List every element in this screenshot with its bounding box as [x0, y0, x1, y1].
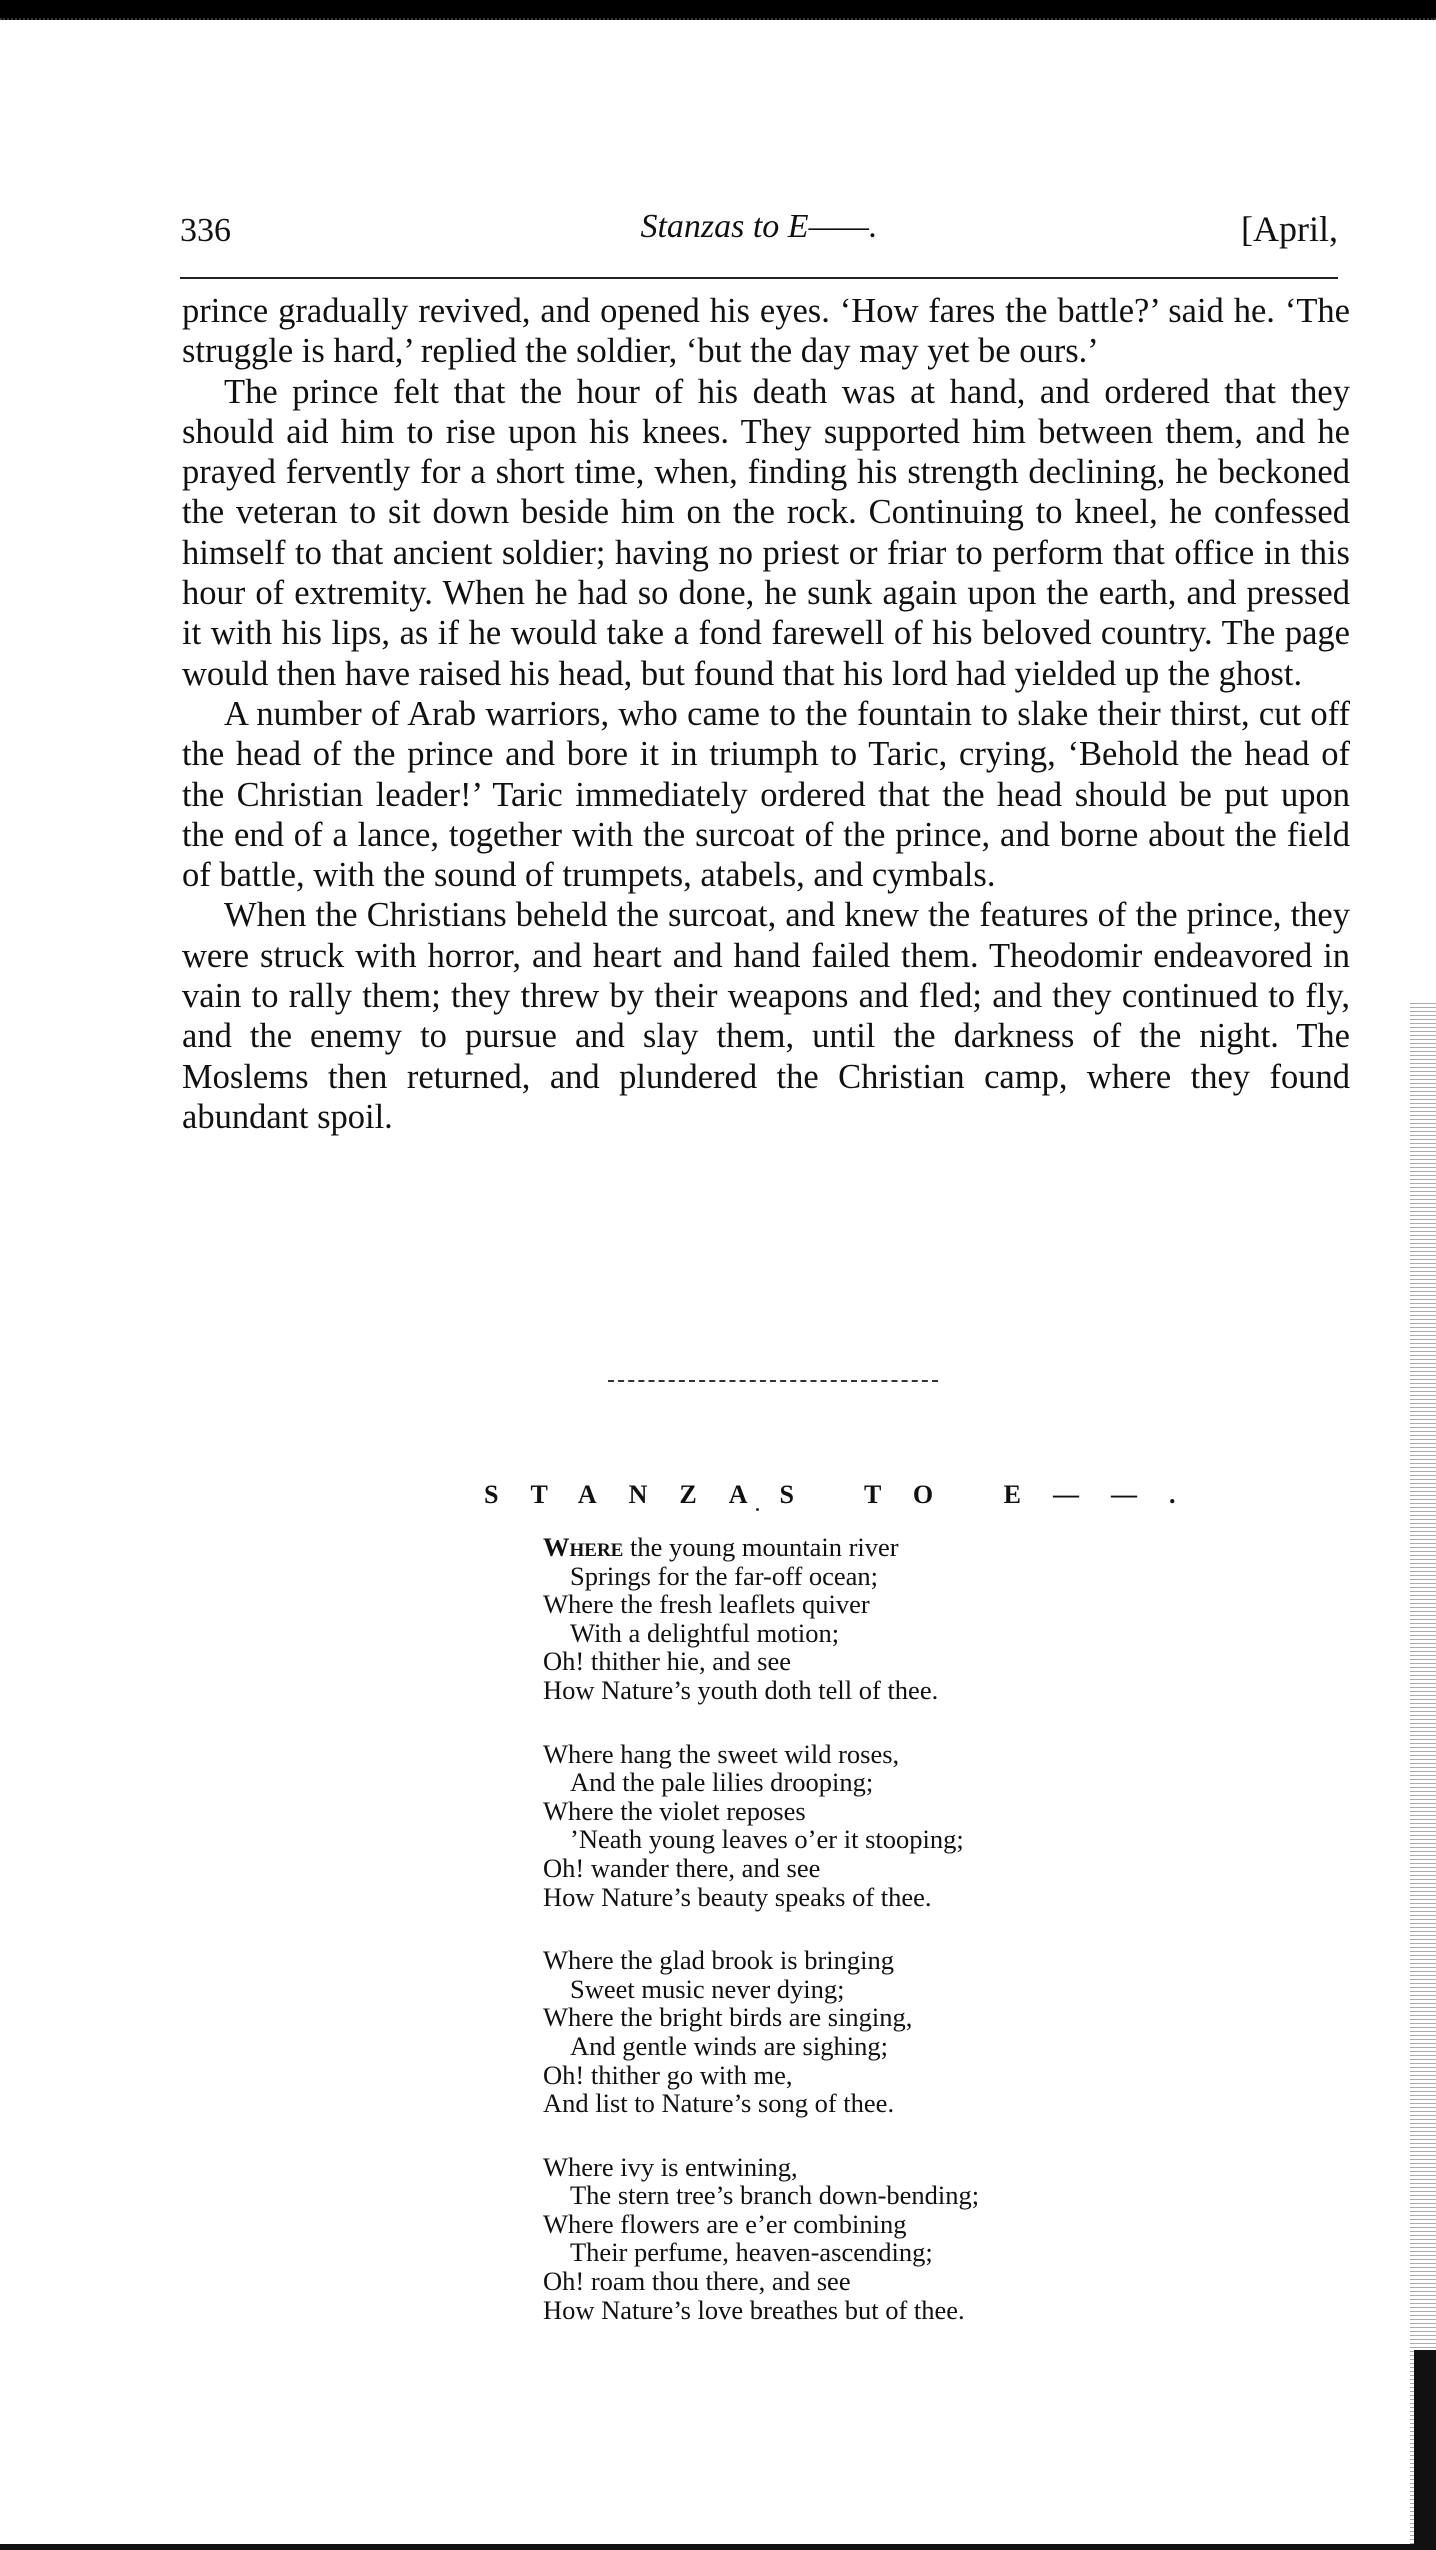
poem-line: Oh! roam thou there, and see	[543, 2267, 1143, 2296]
scan-edge-right	[1410, 1000, 1436, 2550]
running-head: 336 Stanzas to E——. [April,	[180, 208, 1338, 268]
poem: Where the young mountain river Springs f…	[543, 1533, 1143, 2359]
scan-edge-bottom	[0, 2544, 1436, 2550]
running-date: [April,	[1241, 208, 1338, 250]
paragraph: A number of Arab warriors, who came to t…	[182, 694, 1350, 895]
running-title: Stanzas to E——.	[180, 208, 1338, 246]
poem-line: Oh! wander there, and see	[543, 1854, 1143, 1883]
stanza: Where the young mountain river Springs f…	[543, 1533, 1143, 1705]
poem-line: Springs for the far-off ocean;	[543, 1562, 1143, 1591]
poem-line: How Nature’s love breathes but of thee.	[543, 2296, 1143, 2325]
stanza: Where ivy is entwining, The stern tree’s…	[543, 2153, 1143, 2325]
poem-line: Their perfume, heaven-ascending;	[543, 2238, 1143, 2267]
poem-line: Sweet music never dying;	[543, 1975, 1143, 2004]
prose-body: prince gradually revived, and opened his…	[182, 291, 1350, 1137]
poem-line: And list to Nature’s song of thee.	[543, 2089, 1143, 2118]
scan-edge-top	[0, 0, 1436, 20]
paragraph: prince gradually revived, and opened his…	[182, 291, 1350, 372]
stanza: Where hang the sweet wild roses, And the…	[543, 1740, 1143, 1912]
poem-line: How Nature’s youth doth tell of thee.	[543, 1676, 1143, 1705]
poem-title: STANZAS TO E——.	[484, 1480, 1084, 1510]
poem-line: ’Neath young leaves o’er it stooping;	[543, 1825, 1143, 1854]
poem-line: Where the young mountain river	[543, 1533, 1143, 1562]
poem-line: How Nature’s beauty speaks of thee.	[543, 1883, 1143, 1912]
poem-line: Oh! thither hie, and see	[543, 1647, 1143, 1676]
poem-line: With a delightful motion;	[543, 1619, 1143, 1648]
stanza: Where the glad brook is bringing Sweet m…	[543, 1946, 1143, 2118]
poem-line: Where ivy is entwining,	[543, 2153, 1143, 2182]
poem-line: Where flowers are e’er combining	[543, 2210, 1143, 2239]
paragraph: The prince felt that the hour of his dea…	[182, 372, 1350, 694]
poem-line: Where the bright birds are singing,	[543, 2003, 1143, 2032]
poem-line: Where hang the sweet wild roses,	[543, 1740, 1143, 1769]
poem-line-text: the young mountain river	[623, 1532, 898, 1562]
poem-line: The stern tree’s branch down-bending;	[543, 2181, 1143, 2210]
poem-line: Where the violet reposes	[543, 1797, 1143, 1826]
scan-edge-right-shadow	[1414, 2350, 1436, 2550]
header-rule	[180, 277, 1338, 279]
poem-line: And gentle winds are sighing;	[543, 2032, 1143, 2061]
poem-line: Where the glad brook is bringing	[543, 1946, 1143, 1975]
poem-line: Oh! thither go with me,	[543, 2061, 1143, 2090]
paragraph: When the Christians beheld the surcoat, …	[182, 895, 1350, 1137]
poem-line: Where the fresh leaflets quiver	[543, 1590, 1143, 1619]
ornament-dot	[756, 1508, 759, 1511]
section-divider	[608, 1380, 938, 1382]
smallcaps-lead: Where	[543, 1532, 623, 1562]
poem-line: And the pale lilies drooping;	[543, 1768, 1143, 1797]
